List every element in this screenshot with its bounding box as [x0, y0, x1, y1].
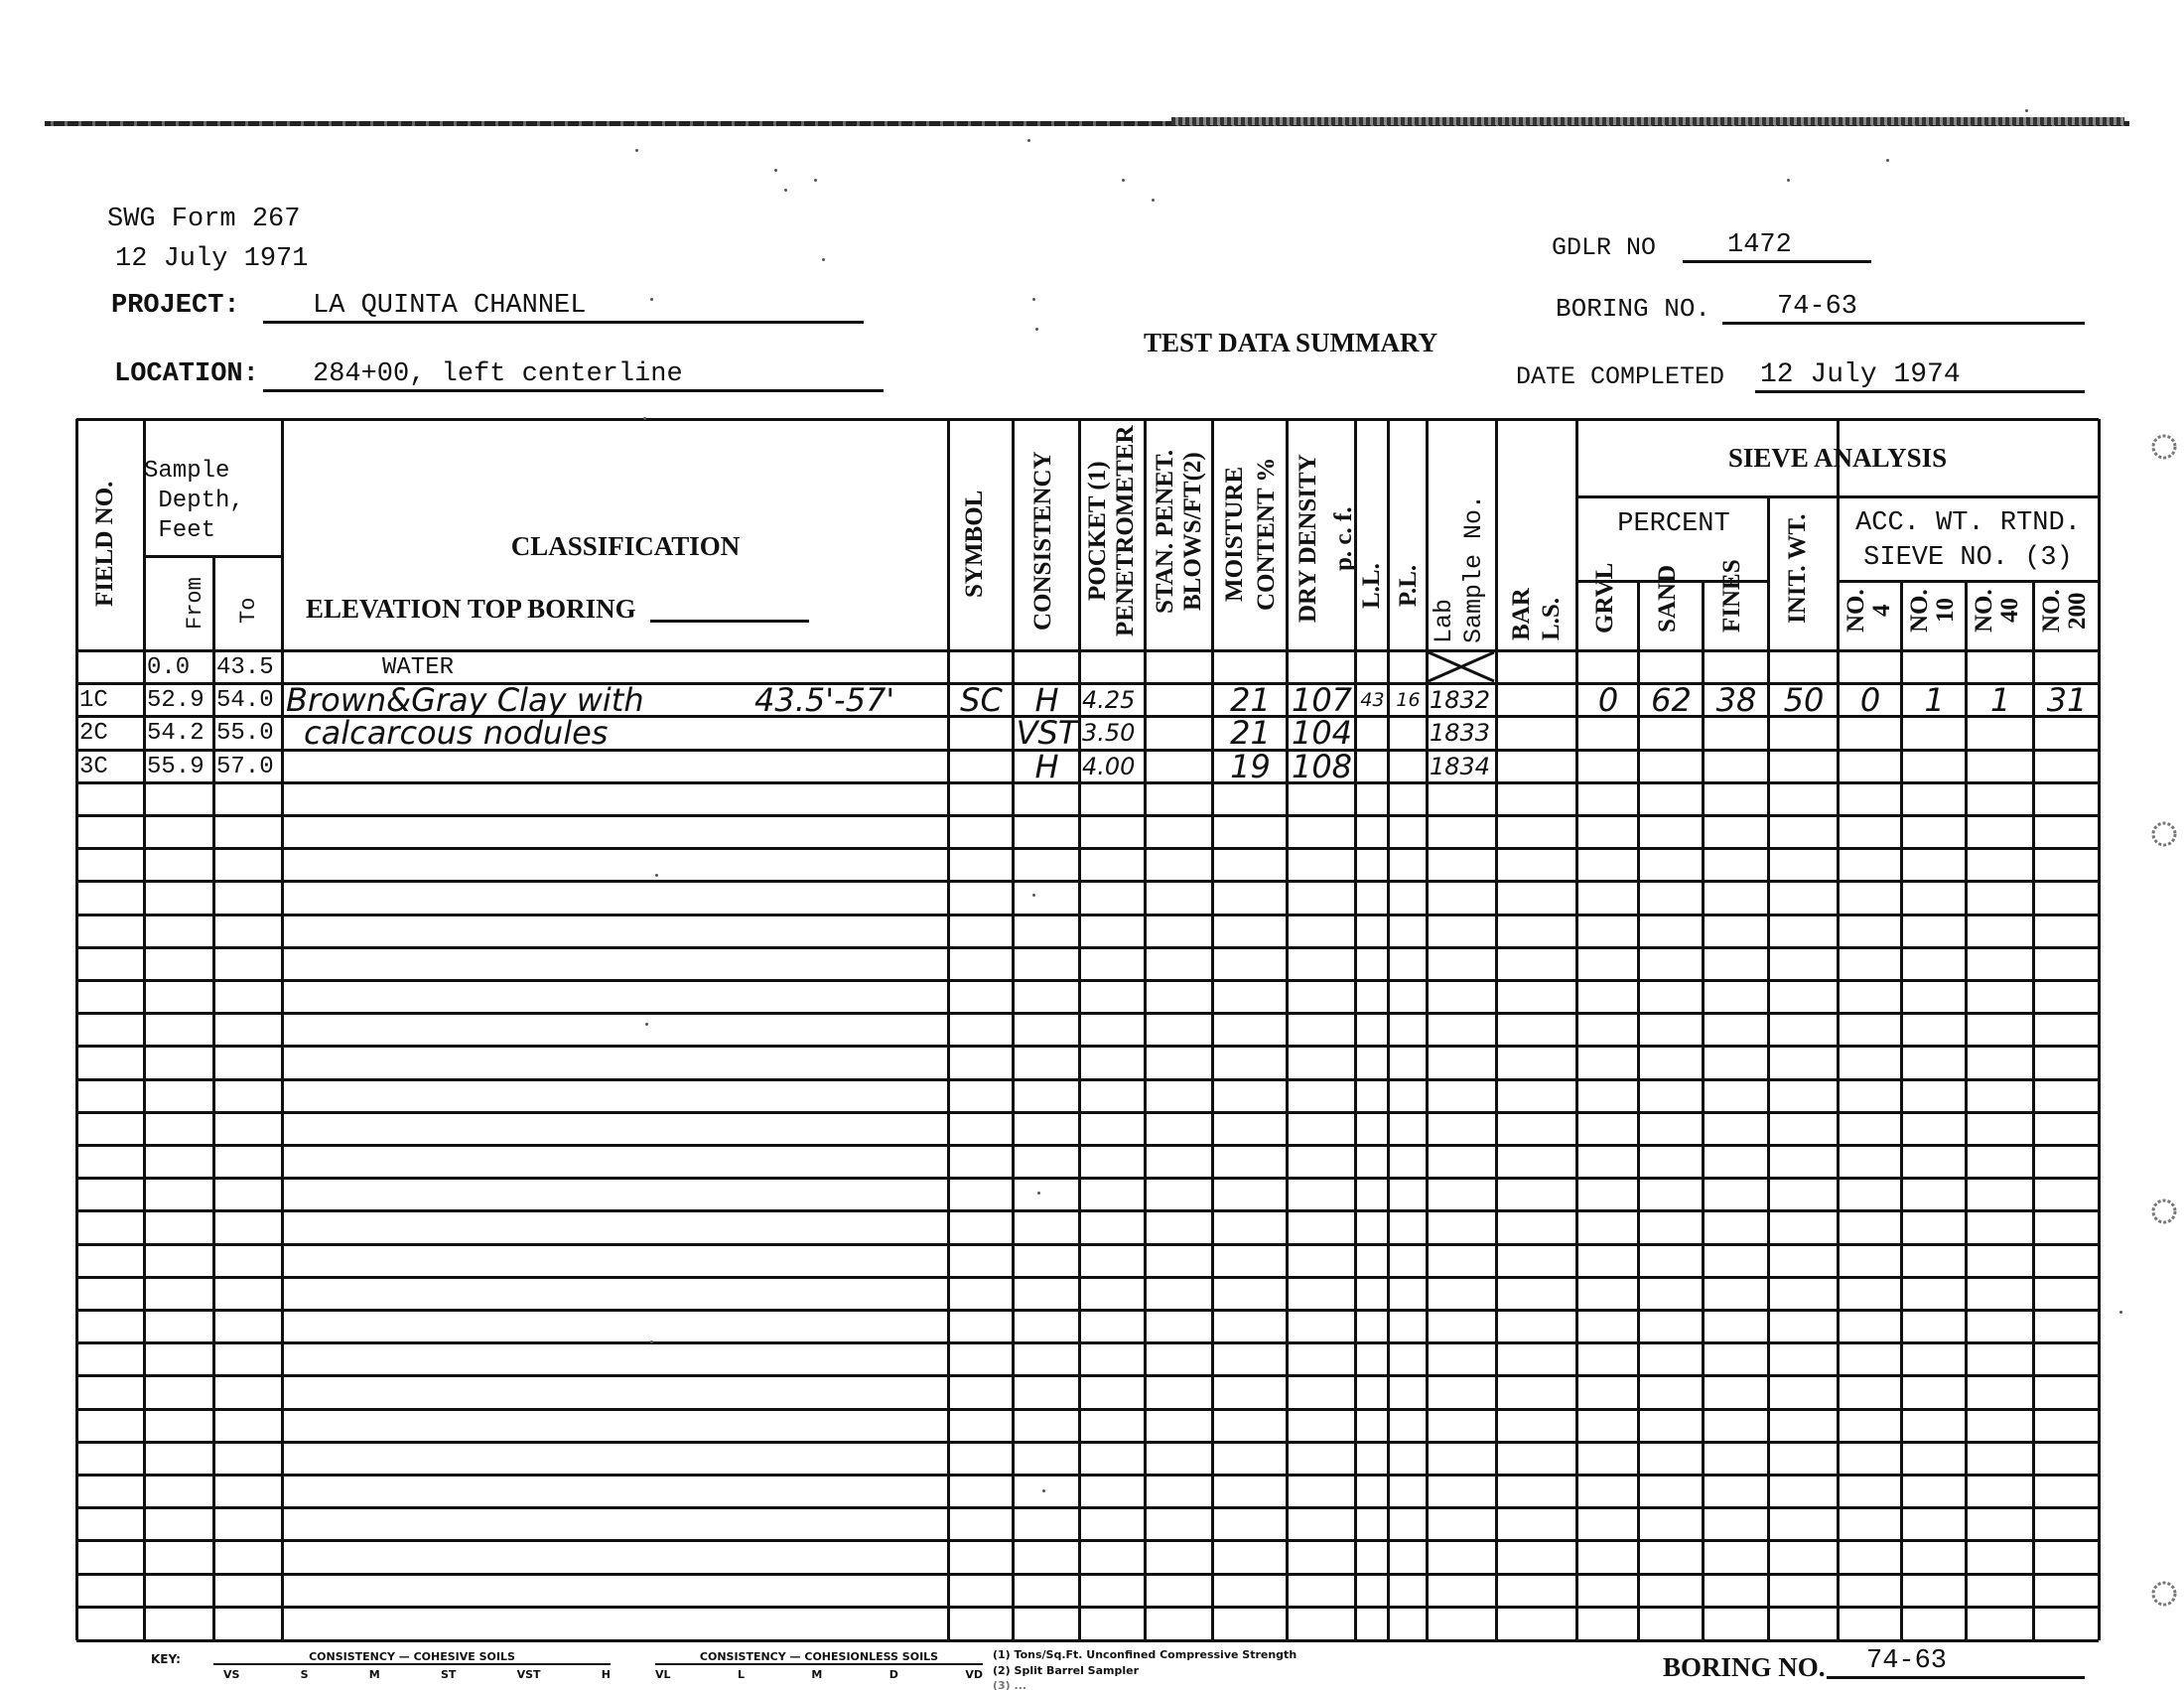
- scan-speck: [1032, 298, 1035, 301]
- cell-sand[interactable]: [1641, 652, 1702, 683]
- cell-field-no[interactable]: [79, 652, 143, 683]
- scan-speck: [1886, 159, 1889, 162]
- grid-line: [76, 418, 2099, 421]
- cell-pocket[interactable]: 3.50: [1082, 718, 1144, 749]
- cell-symbol[interactable]: [951, 718, 1012, 749]
- grid-line: [76, 1276, 2099, 1279]
- cell-bar-ls[interactable]: [1499, 718, 1575, 749]
- consistency-code: D: [889, 1668, 898, 1681]
- col-header-fines: FINES: [1718, 551, 1750, 640]
- consistency-code: H: [602, 1668, 611, 1681]
- cell-init-wt[interactable]: [1771, 652, 1837, 683]
- note-2: (2) Split Barrel Sampler: [993, 1664, 1139, 1677]
- cell-grvl[interactable]: [1579, 652, 1637, 683]
- consistency-code: VD: [965, 1668, 983, 1681]
- cell-from[interactable]: 52.9: [147, 685, 212, 716]
- scan-speck: [822, 258, 825, 261]
- elevation-label: ELEVATION TOP BORING: [306, 594, 636, 625]
- grid-line: [1576, 495, 2099, 498]
- footer-boring-label: BORING NO.: [1663, 1652, 1826, 1683]
- cell-no40[interactable]: [1969, 752, 2032, 782]
- cell-dry-density[interactable]: 104: [1290, 718, 1354, 749]
- col-header-init-wt: INIT. WT.: [1784, 496, 1816, 640]
- cell-stan[interactable]: [1148, 652, 1211, 683]
- cell-sand[interactable]: [1641, 752, 1702, 782]
- cell-field-no[interactable]: 3C: [79, 752, 143, 782]
- cell-no40[interactable]: 1: [1969, 685, 2032, 716]
- col-header-acc-wt: ACC. WT. RTND. SIEVE NO. (3): [1838, 506, 2099, 576]
- col-header-ll: L.L.: [1358, 536, 1386, 635]
- grid-line: [1495, 419, 1498, 1640]
- scan-speck: [655, 874, 658, 877]
- grid-line: [76, 1506, 2099, 1509]
- cell-classification[interactable]: Brown&Gray Clay with: [286, 685, 644, 716]
- grid-line: [76, 1539, 2099, 1542]
- note-3: (3) ...: [993, 1679, 1026, 1690]
- cell-bar-ls[interactable]: [1499, 685, 1575, 716]
- grid-line: [2098, 419, 2101, 1640]
- col-header-moisture: MOISTURE CONTENT %: [1219, 427, 1281, 640]
- cell-fines[interactable]: [1706, 752, 1767, 782]
- cell-dry-density[interactable]: [1290, 652, 1354, 683]
- consistency-code: VST: [517, 1668, 541, 1681]
- elevation-field[interactable]: [650, 596, 809, 623]
- cell-grvl[interactable]: [1579, 718, 1637, 749]
- cell-init-wt[interactable]: [1771, 718, 1837, 749]
- cell-pl[interactable]: [1391, 652, 1426, 683]
- cell-no200[interactable]: [2036, 718, 2098, 749]
- col-header-no200: NO. 200: [2039, 581, 2091, 640]
- cell-moisture[interactable]: 21: [1215, 685, 1286, 716]
- cell-stan[interactable]: [1148, 752, 1211, 782]
- col-header-sample-depth: Sample Depth, Feet: [144, 457, 218, 546]
- grid-line: [76, 814, 2099, 817]
- cell-no200[interactable]: [2036, 652, 2098, 683]
- cell-symbol[interactable]: [951, 752, 1012, 782]
- grid-line: [76, 1309, 2099, 1312]
- col-header-bar-ls: BAR L.S.: [1507, 556, 1567, 640]
- cell-no4[interactable]: [1841, 718, 1900, 749]
- key-label: KEY:: [151, 1652, 181, 1666]
- grid-line: [76, 1374, 2099, 1377]
- grid-line: [1286, 419, 1289, 1640]
- cell-stan[interactable]: [1148, 685, 1211, 716]
- test-data-table: [0, 0, 2184, 1690]
- col-header-pocket-penetrometer: POCKET (1) PENETROMETER: [1084, 422, 1144, 640]
- grid-line: [947, 419, 950, 1640]
- cell-no10[interactable]: [1904, 752, 1965, 782]
- grid-line: [76, 1441, 2099, 1444]
- scan-speck: [2025, 109, 2028, 112]
- col-header-symbol: SYMBOL: [961, 447, 997, 640]
- grid-line: [281, 419, 284, 1640]
- grid-line: [75, 419, 78, 1640]
- grid-line: [1837, 419, 1840, 1640]
- col-header-from: From: [182, 571, 207, 635]
- grid-line: [1575, 419, 1578, 1640]
- cell-pl[interactable]: [1391, 718, 1426, 749]
- grid-line: [76, 1606, 2099, 1609]
- grid-line: [76, 1474, 2099, 1477]
- cell-field-no[interactable]: 1C: [79, 685, 143, 716]
- scan-speck: [1042, 1489, 1045, 1492]
- grid-line: [76, 1408, 2099, 1411]
- cell-lab-sample[interactable]: 1832: [1430, 685, 1495, 716]
- col-header-lab-sample: Lab Sample No.: [1430, 457, 1491, 643]
- cell-lab-sample[interactable]: 1834: [1430, 752, 1495, 782]
- consistency-code: L: [738, 1668, 745, 1681]
- binder-hole-icon: [2149, 427, 2179, 467]
- grid-line: [76, 880, 2099, 883]
- cell-classification[interactable]: calcarcous nodules: [304, 718, 608, 749]
- grid-line: [1211, 419, 1214, 1640]
- cell-ll[interactable]: [1358, 652, 1387, 683]
- scan-speck: [635, 149, 638, 152]
- scan-speck: [645, 1023, 648, 1026]
- cell-pl[interactable]: [1391, 752, 1426, 782]
- grid-line: [1144, 419, 1147, 1640]
- grid-line: [1354, 419, 1357, 1640]
- grid-line: [1426, 419, 1429, 1640]
- grid-line: [76, 1078, 2099, 1081]
- scan-speck: [814, 179, 817, 182]
- scan-speck: [1122, 179, 1125, 182]
- scan-speck: [784, 189, 787, 192]
- grid-line: [144, 555, 282, 558]
- cell-symbol[interactable]: SC: [951, 685, 1012, 716]
- footer-boring-field[interactable]: 74-63: [1827, 1646, 2085, 1679]
- consistency-code: ST: [441, 1668, 456, 1681]
- scan-speck: [643, 417, 646, 420]
- cell-no200[interactable]: 31: [2036, 685, 2098, 716]
- col-header-sieve-analysis: SIEVE ANALYSIS: [1576, 443, 2099, 474]
- cell-no40[interactable]: [1969, 652, 2032, 683]
- cell-bar-ls[interactable]: [1499, 752, 1575, 782]
- cell-fines[interactable]: 38: [1706, 685, 1767, 716]
- scan-speck: [2119, 1311, 2122, 1314]
- cell-no4[interactable]: [1841, 652, 1900, 683]
- col-header-percent: PERCENT: [1576, 509, 1771, 539]
- cohesionless-codes: VLLMDVD: [655, 1668, 983, 1681]
- consistency-code: M: [811, 1668, 822, 1681]
- cohesionless-title: CONSISTENCY — COHESIONLESS SOILS: [655, 1650, 983, 1665]
- grid-line: [76, 979, 2099, 982]
- cell-ll[interactable]: [1358, 718, 1387, 749]
- cell-fines[interactable]: [1706, 652, 1767, 683]
- cell-moisture[interactable]: 19: [1215, 752, 1286, 782]
- cell-classification[interactable]: WATER: [382, 652, 454, 683]
- cell-init-wt[interactable]: 50: [1771, 685, 1837, 716]
- grid-line: [76, 1012, 2099, 1015]
- cell-no4[interactable]: [1841, 752, 1900, 782]
- cell-fines[interactable]: [1706, 718, 1767, 749]
- cell-consistency[interactable]: H: [1016, 685, 1078, 716]
- grid-line: [76, 1045, 2099, 1048]
- cell-pocket[interactable]: 4.25: [1082, 685, 1144, 716]
- cell-consistency[interactable]: H: [1016, 752, 1078, 782]
- consistency-code: VL: [655, 1668, 671, 1681]
- col-header-to: To: [235, 586, 261, 635]
- scan-speck: [650, 298, 653, 301]
- cell-moisture[interactable]: 21: [1215, 718, 1286, 749]
- grid-line: [1078, 419, 1081, 1640]
- cell-field-no[interactable]: 2C: [79, 718, 143, 749]
- cell-consistency[interactable]: [1016, 652, 1078, 683]
- grid-line: [76, 1573, 2099, 1576]
- scan-speck: [1035, 328, 1038, 331]
- grid-line: [76, 1243, 2099, 1246]
- col-header-classification: CLASSIFICATION: [477, 531, 774, 562]
- grid-line: [76, 1341, 2099, 1344]
- cell-no4[interactable]: 0: [1841, 685, 1900, 716]
- cell-to[interactable]: 54.0: [216, 685, 281, 716]
- cell-ll[interactable]: [1358, 752, 1387, 782]
- cell-init-wt[interactable]: [1771, 752, 1837, 782]
- col-header-consistency: CONSISTENCY: [1029, 442, 1065, 640]
- grid-line: [76, 847, 2099, 850]
- grid-line: [76, 1177, 2099, 1180]
- cohesive-codes: VSSMSTVSTH: [223, 1668, 611, 1681]
- grid-line: [76, 914, 2099, 916]
- cell-lab-sample[interactable]: 1833: [1430, 718, 1495, 749]
- grid-line: [1012, 419, 1015, 1640]
- consistency-code: S: [301, 1668, 309, 1681]
- cell-sand[interactable]: [1641, 718, 1702, 749]
- col-header-no4: NO. 4: [1843, 581, 1895, 640]
- grid-line: [1387, 419, 1390, 1640]
- cell-pocket[interactable]: 4.00: [1082, 752, 1144, 782]
- cell-no10[interactable]: 1: [1904, 685, 1965, 716]
- cell-pl[interactable]: 16: [1391, 685, 1426, 716]
- scan-speck: [650, 1340, 653, 1343]
- consistency-code: VS: [223, 1668, 239, 1681]
- grid-line: [76, 1111, 2099, 1114]
- cell-moisture[interactable]: [1215, 652, 1286, 683]
- note-1: (1) Tons/Sq.Ft. Unconfined Compressive S…: [993, 1648, 1297, 1661]
- cell-no200[interactable]: [2036, 752, 2098, 782]
- cell-no10[interactable]: [1904, 718, 1965, 749]
- grid-line: [76, 1209, 2099, 1212]
- binder-hole-icon: [2149, 1192, 2179, 1231]
- cell-from[interactable]: 55.9: [147, 752, 212, 782]
- cell-to[interactable]: 55.0: [216, 718, 281, 749]
- col-header-sand: SAND: [1654, 556, 1686, 640]
- cell-pocket[interactable]: [1082, 652, 1144, 683]
- cell-to[interactable]: 57.0: [216, 752, 281, 782]
- scan-speck: [1032, 894, 1035, 897]
- col-header-pl: P.L.: [1395, 536, 1423, 635]
- cell-lab-sample[interactable]: [1430, 652, 1495, 683]
- cell-ll[interactable]: 43: [1358, 685, 1387, 716]
- binder-hole-icon: [2149, 1574, 2179, 1614]
- cell-grvl[interactable]: 0: [1579, 685, 1637, 716]
- col-header-stan-penet: STAN. PENET. BLOWS/FT(2): [1152, 422, 1211, 640]
- scan-speck: [1787, 179, 1790, 182]
- cell-from[interactable]: 0.0: [147, 652, 212, 683]
- binder-hole-icon: [2149, 814, 2179, 854]
- cell-from[interactable]: 54.2: [147, 718, 212, 749]
- cell-symbol[interactable]: [951, 652, 1012, 683]
- cell-dry-density[interactable]: 107: [1290, 685, 1354, 716]
- col-header-grvl: GRVL: [1591, 556, 1623, 640]
- scan-speck: [1027, 139, 1030, 142]
- scan-speck: [774, 169, 777, 172]
- col-header-dry-density: DRY DENSITY p. c. f.: [1291, 437, 1352, 640]
- grid-line: [76, 1144, 2099, 1147]
- col-header-field-no: FIELD NO.: [91, 445, 121, 643]
- consistency-code: M: [369, 1668, 380, 1681]
- cell-no40[interactable]: [1969, 718, 2032, 749]
- grid-line: [76, 946, 2099, 949]
- scan-speck: [1152, 199, 1155, 202]
- cell-stan[interactable]: [1148, 718, 1211, 749]
- cohesive-title: CONSISTENCY — COHESIVE SOILS: [213, 1650, 611, 1665]
- col-header-no10: NO. 10: [1907, 581, 1959, 640]
- grid-line: [76, 1639, 2099, 1642]
- cell-depth-range[interactable]: 43.5'-57': [754, 685, 894, 716]
- cell-consistency[interactable]: VST: [1016, 718, 1078, 749]
- cell-dry-density[interactable]: 108: [1290, 752, 1354, 782]
- cell-bar-ls[interactable]: [1499, 652, 1575, 683]
- col-header-no40: NO. 40: [1972, 581, 2023, 640]
- cell-sand[interactable]: 62: [1641, 685, 1702, 716]
- grid-line: [1767, 496, 1770, 1640]
- grid-line: [212, 556, 215, 1640]
- grid-line: [143, 419, 146, 1640]
- cell-to[interactable]: 43.5: [216, 652, 281, 683]
- cell-no10[interactable]: [1904, 652, 1965, 683]
- scan-speck: [1037, 1192, 1040, 1195]
- cell-grvl[interactable]: [1579, 752, 1637, 782]
